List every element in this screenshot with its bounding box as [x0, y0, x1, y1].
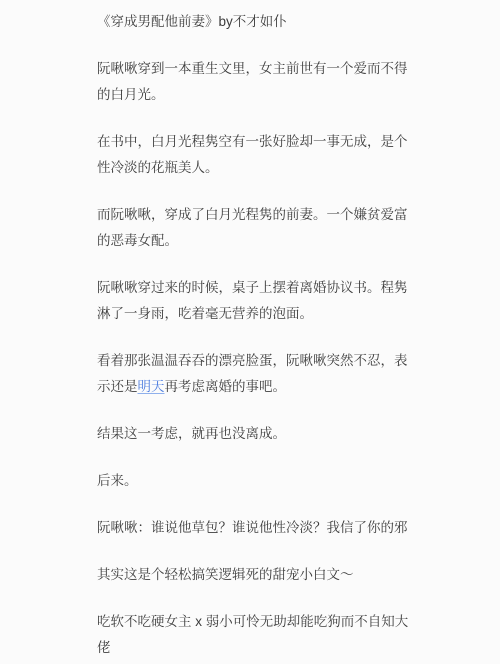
paragraph-8: 阮啾啾：谁说他草包？谁说他性冷淡？我信了你的邪 — [97, 515, 411, 541]
paragraph-5-text-after: 再考虑离婚的事吧。 — [165, 379, 287, 394]
paragraph-10: 吃软不吃硬女主 x 弱小可怜无助却能吃狗而不自知大佬 — [97, 609, 411, 661]
paragraph-1: 阮啾啾穿到一本重生文里，女主前世有一个爱而不得的白月光。 — [97, 56, 411, 108]
paragraph-3: 而阮啾啾，穿成了白月光程隽的前妻。一个嫌贫爱富的恶毒女配。 — [97, 202, 411, 254]
paragraph-7: 后来。 — [97, 468, 411, 494]
book-title: 《穿成男配他前妻》by不才如仆 — [97, 9, 411, 35]
paragraph-4: 阮啾啾穿过来的时候，桌子上摆着离婚协议书。程隽淋了一身雨，吃着毫无营养的泡面。 — [97, 275, 411, 327]
tomorrow-link[interactable]: 明天 — [138, 379, 165, 394]
paragraph-6: 结果这一考虑，就再也没离成。 — [97, 421, 411, 447]
paragraph-5: 看着那张温温吞吞的漂亮脸蛋，阮啾啾突然不忍，表示还是明天再考虑离婚的事吧。 — [97, 348, 411, 400]
paragraph-2: 在书中，白月光程隽空有一张好脸却一事无成，是个性冷淡的花瓶美人。 — [97, 129, 411, 181]
paragraph-9: 其实这是个轻松搞笑逻辑死的甜宠小白文～ — [97, 562, 411, 588]
text-document: 《穿成男配他前妻》by不才如仆 阮啾啾穿到一本重生文里，女主前世有一个爱而不得的… — [0, 0, 500, 664]
